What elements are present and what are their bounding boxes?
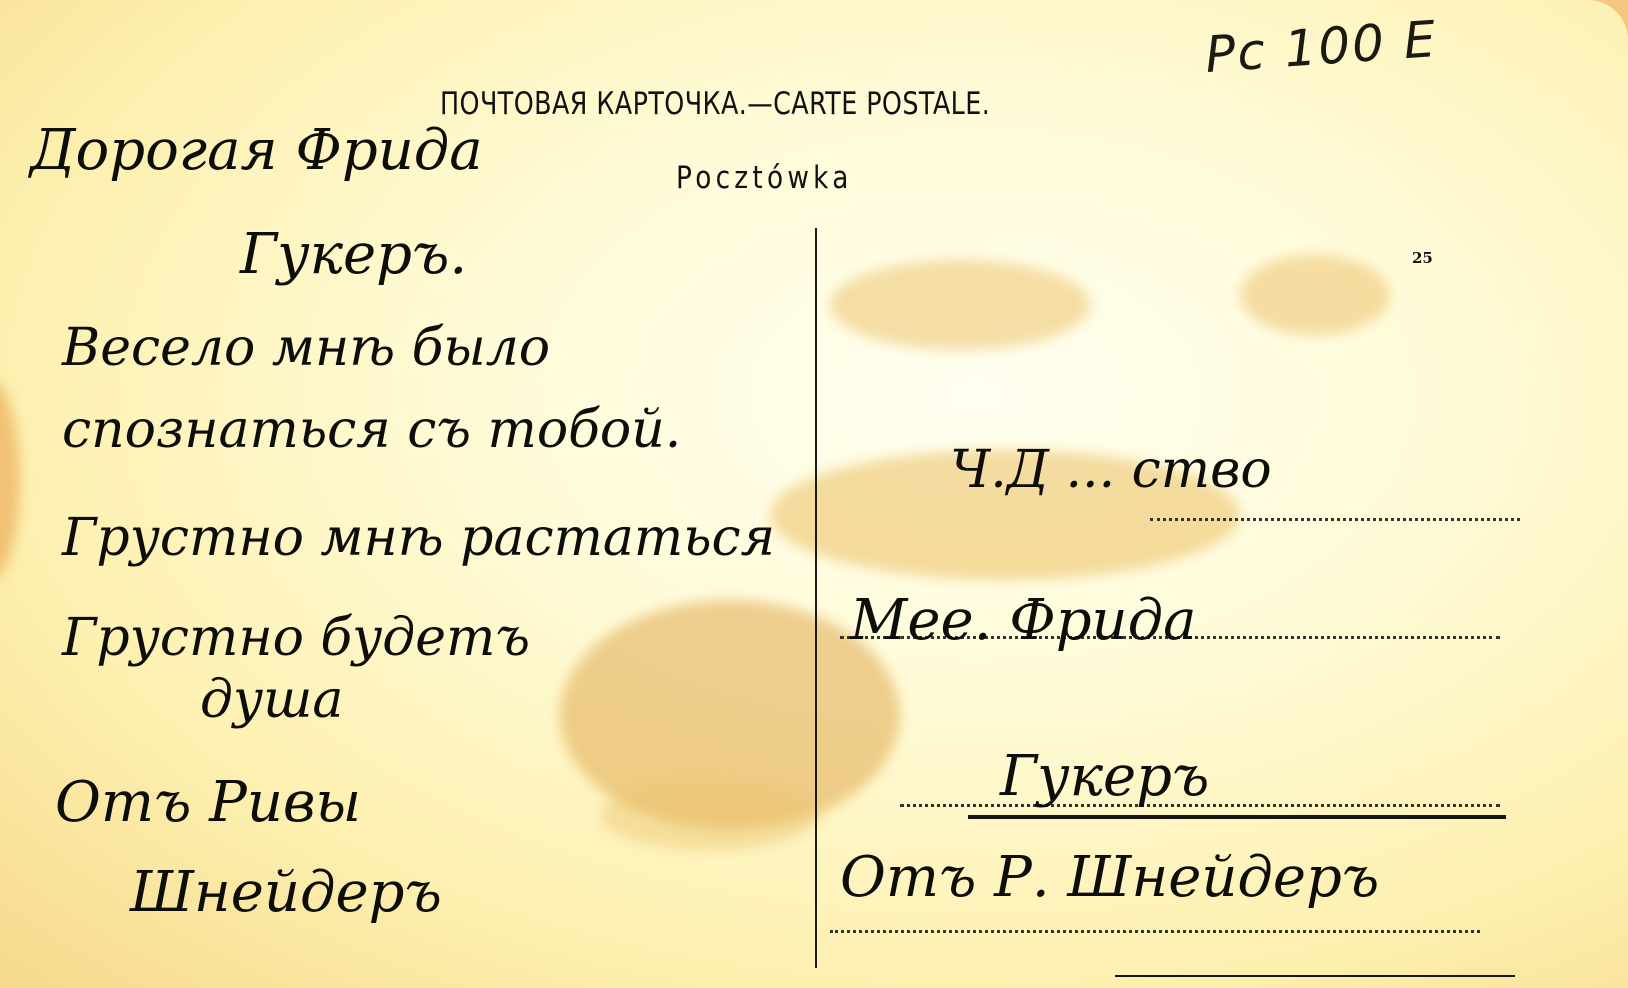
message-line: Грустно будетъ	[62, 608, 530, 668]
bottom-rule	[1115, 975, 1515, 977]
center-divider	[815, 228, 817, 968]
message-greeting: Дорогая Фрида	[30, 118, 483, 183]
address-text-2: Мее. Фрида	[850, 588, 1197, 653]
header-title: ПОЧТОВАЯ КАРТОЧКА.—CARTE POSTALE.	[440, 86, 990, 122]
message-signature-from: Отъ Ривы	[55, 770, 361, 835]
water-stain	[830, 260, 1090, 350]
postcard-back: ПОЧТОВАЯ КАРТОЧКА.—CARTE POSTALE. Pocztó…	[0, 0, 1628, 988]
address-line-1	[1150, 518, 1520, 521]
message-line: спознаться съ тобой.	[62, 400, 681, 460]
message-line: душа	[200, 670, 343, 730]
water-stain	[600, 780, 820, 850]
message-greeting-surname: Гукеръ.	[240, 222, 467, 287]
card-number: 25	[1412, 249, 1433, 267]
address-text-1: Ч.Д ... ство	[950, 440, 1272, 500]
address-text-3: Гукеръ	[1000, 744, 1209, 809]
address-sender: Отъ Р. Шнейдеръ	[840, 845, 1379, 910]
address-underline	[968, 815, 1506, 819]
address-line-4	[830, 930, 1480, 933]
header-subtitle: Pocztówka	[676, 160, 853, 196]
message-line: Весело мнѣ было	[62, 318, 550, 378]
water-stain	[1240, 255, 1390, 335]
catalog-note: Pc 100 E	[1203, 10, 1439, 84]
message-line: Грустно мнѣ растаться	[62, 508, 775, 568]
message-signature-surname: Шнейдеръ	[130, 860, 442, 925]
edge-stain	[0, 380, 20, 580]
